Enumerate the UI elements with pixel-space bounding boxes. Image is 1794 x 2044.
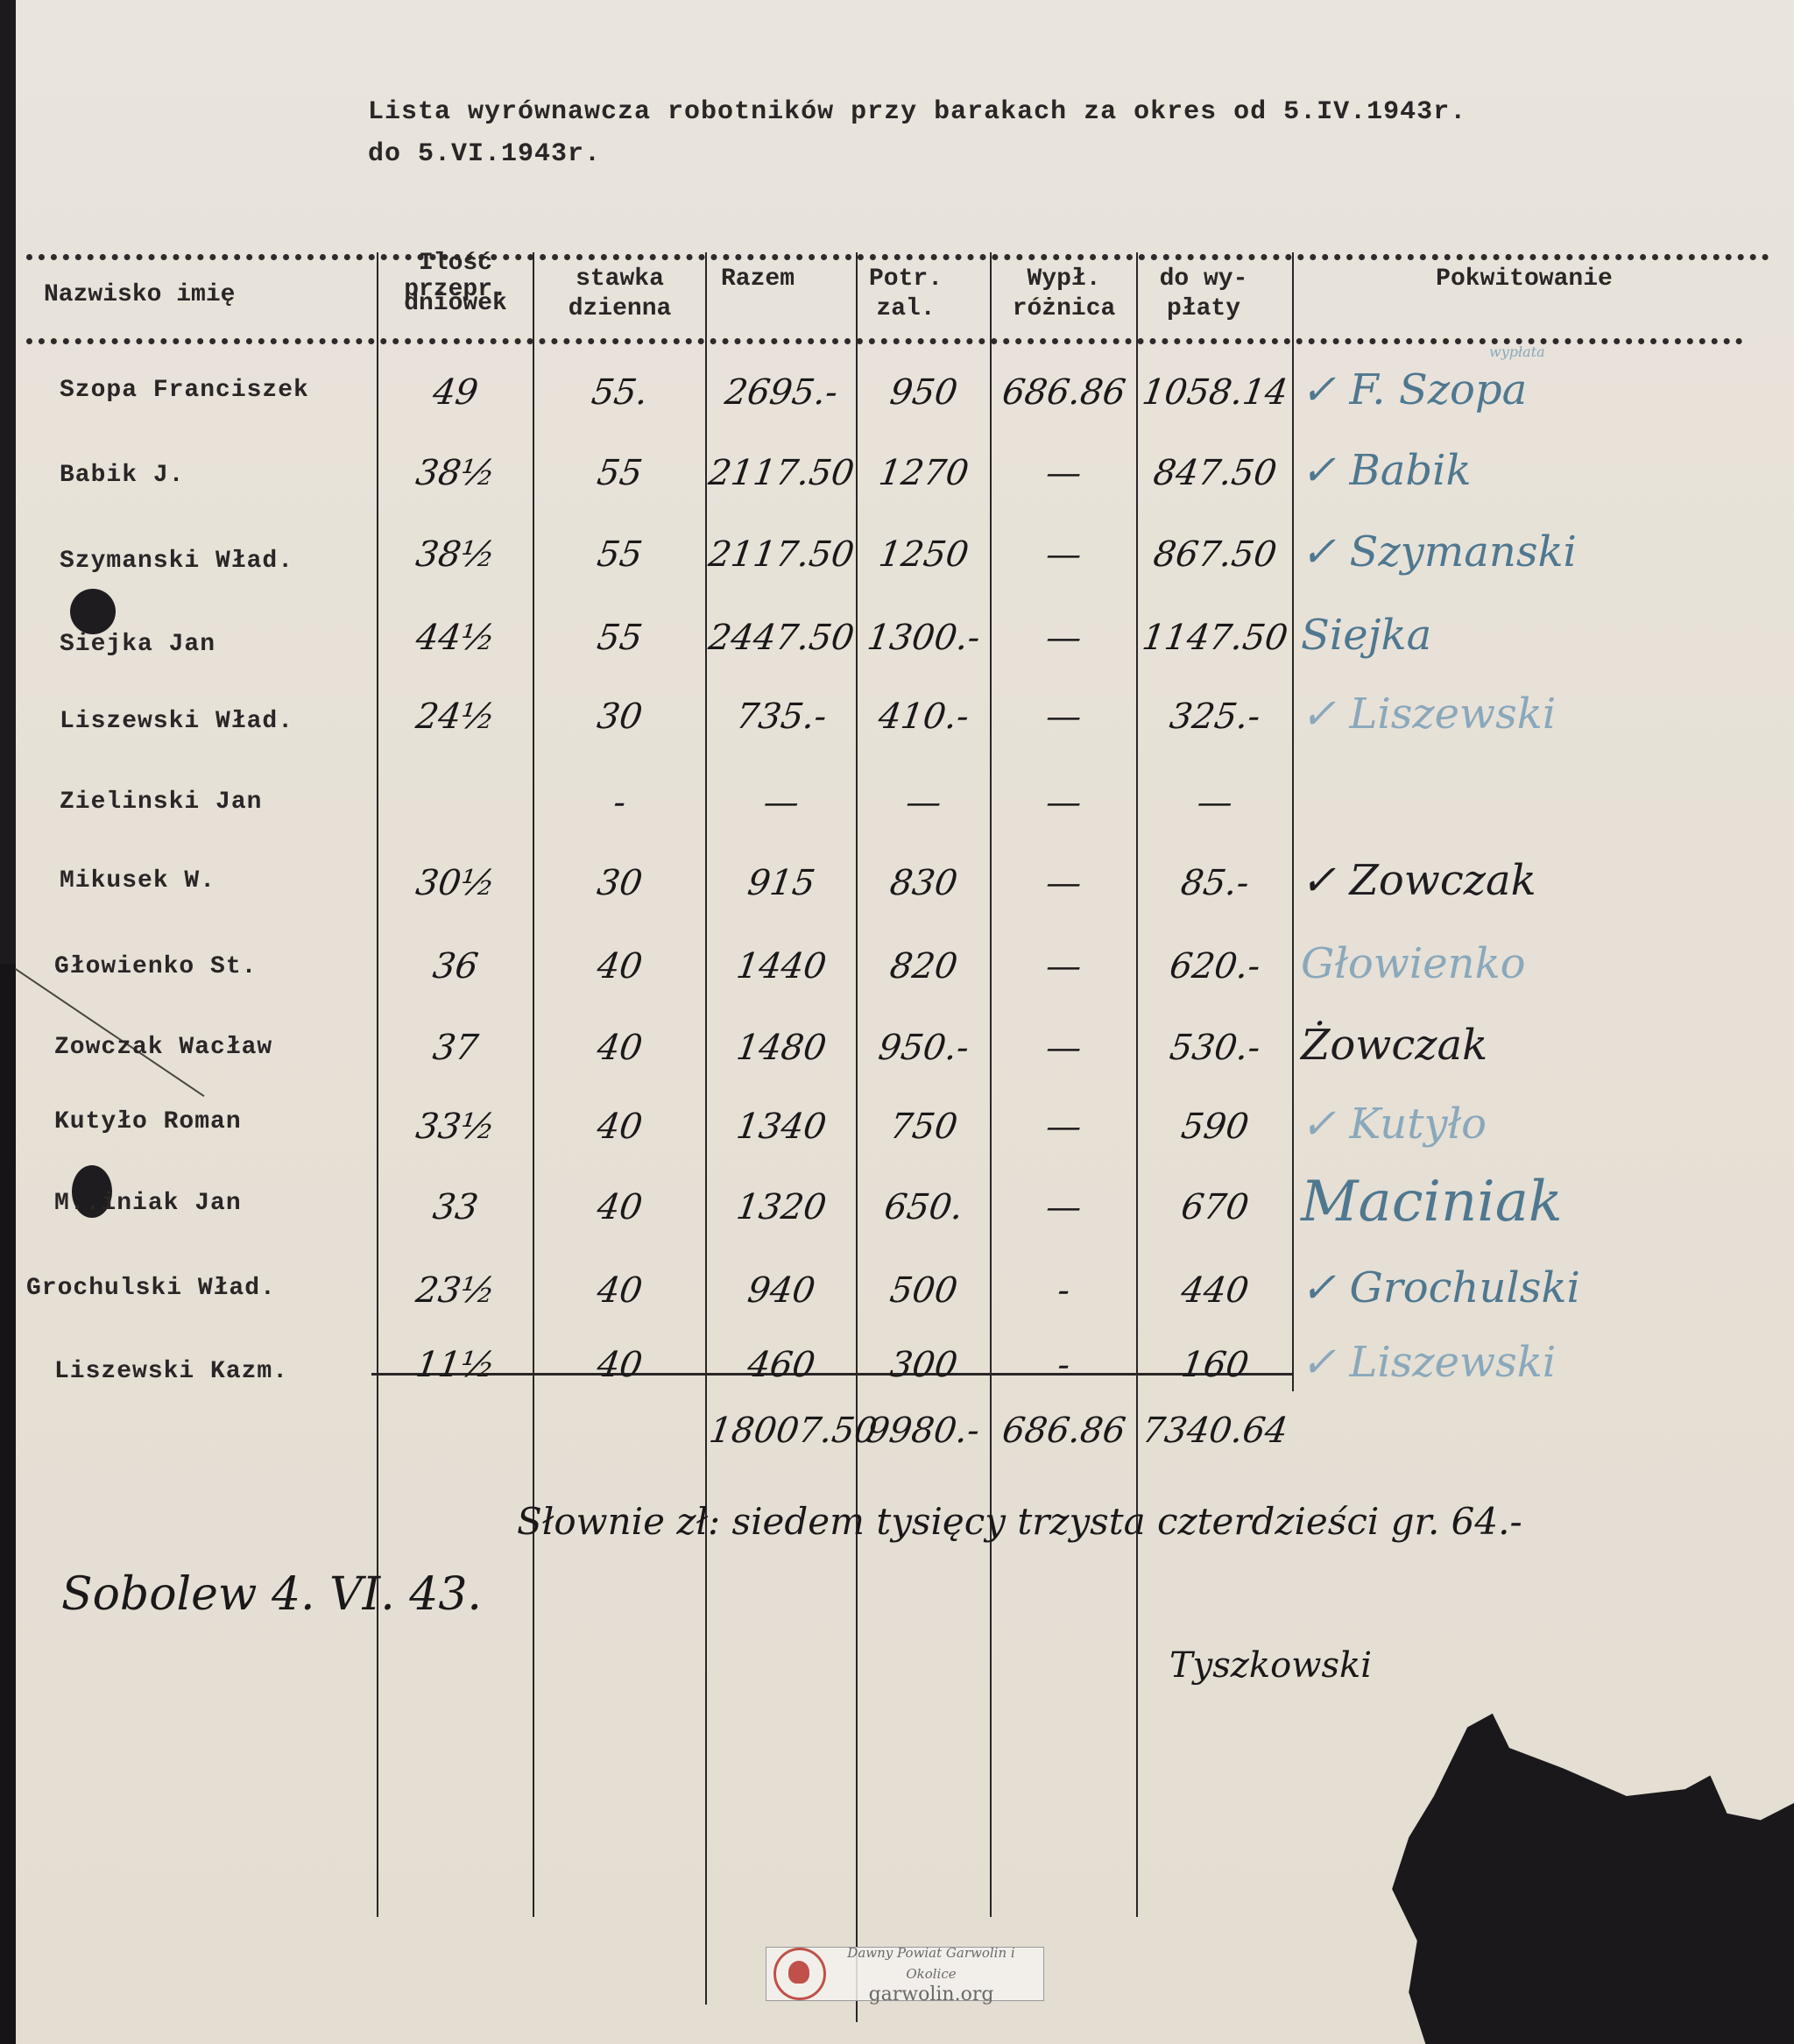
cell-advance: 1300.- [855,618,992,658]
cell-difference: — [989,453,1139,493]
header-name: Nazwisko imię [44,280,333,310]
punch-hole [70,589,116,634]
document-title: Lista wyrównawcza robotników przy baraka… [368,91,1612,175]
header-rate: stawka dzienna [534,265,705,324]
total-payout: 7340.64 [1135,1411,1295,1451]
cell-difference: — [989,1187,1139,1227]
cell-difference: — [989,618,1139,658]
cell-rate: 55 [532,618,708,658]
cell-days: 38½ [376,453,535,493]
scan-edge-shadow [0,964,16,2044]
cell-rate: 30 [532,697,708,737]
cell-rate: 30 [532,863,708,903]
header-payout: do wy- płaty [1138,265,1269,324]
cell-days: 24½ [376,697,535,737]
total-advance: 9980.- [855,1411,992,1451]
cell-total: 1340 [704,1107,858,1147]
cell-advance: 950 [855,372,992,413]
header-top-rule [26,254,1769,260]
worker-name: Liszewski Kazm. [54,1358,288,1385]
worker-name: Babik J. [60,462,184,489]
header-bottom-rule [26,338,1743,344]
receipt-signature: ✓ Liszewski [1301,1338,1556,1387]
header-difference-l1: Wypł. [1027,265,1100,293]
cell-payout: 867.50 [1135,534,1295,575]
receipt-signature: ✓ Kutyło [1301,1100,1487,1149]
cell-difference: — [989,1028,1139,1068]
cell-advance: — [855,782,992,823]
cell-total: — [704,782,858,823]
cell-advance: 1250 [855,534,992,575]
header-advance-l1: Potr. [869,265,943,293]
cell-days: 11½ [376,1345,535,1385]
cell-advance: 650. [855,1187,992,1227]
cell-days: 23½ [376,1270,535,1311]
watermark-text: Dawny Powiat Garwolin i Okolice garwolin… [826,1942,1036,2005]
header-difference-l2: różnica [1013,295,1116,322]
cell-payout: 847.50 [1135,453,1295,493]
worker-name: Kutyło Roman [54,1108,242,1135]
worker-name: M..iniak Jan [54,1190,242,1217]
header-payout-l2: płaty [1167,295,1240,322]
title-line-1: Lista wyrównawcza robotników przy baraka… [368,97,1466,127]
watermark-line-2: garwolin.org [826,1984,1036,2005]
cell-payout: 85.- [1135,863,1295,903]
title-line-2: do 5.VI.1943r. [368,133,1612,175]
cell-advance: 1270 [855,453,992,493]
header-total: Razem [710,265,806,294]
cell-difference: — [989,1107,1139,1147]
receipt-signature: Maciniak [1301,1170,1563,1234]
cell-days: 30½ [376,863,535,903]
cell-payout: 1058.14 [1135,372,1295,413]
receipt-signature: ✓ Szymanski [1301,527,1577,576]
cell-days: 38½ [376,534,535,575]
cell-rate: 40 [532,1028,708,1068]
cell-difference: - [989,1345,1139,1385]
cell-days: 33½ [376,1107,535,1147]
receipt-signature: Żowczak [1301,1021,1487,1070]
watermark-line-1: Dawny Powiat Garwolin i Okolice [826,1942,1036,1984]
cell-payout: 160 [1135,1345,1295,1385]
worker-name: Zowczak Wacław [54,1034,272,1061]
header-days: Ilość przepr. dniówek [378,251,533,329]
cell-difference: 686.86 [989,372,1139,413]
cell-advance: 950.- [855,1028,992,1068]
worker-name: Zielinski Jan [60,789,262,816]
cell-payout: 530.- [1135,1028,1295,1068]
worker-name: Szymanski Wład. [60,548,293,575]
amount-in-words: Słownie zł: siedem tysięcy trzysta czter… [517,1500,1522,1543]
cell-days: 49 [376,372,535,413]
header-payout-l1: do wy- [1160,265,1248,293]
cell-days: 37 [376,1028,535,1068]
cell-payout: 620.- [1135,946,1295,987]
cell-total: 2117.50 [704,534,858,575]
cell-total: 2447.50 [704,618,858,658]
cell-rate: 55. [532,372,708,413]
cell-advance: 830 [855,863,992,903]
seal-logo-icon [773,1948,826,2000]
header-days-l3: dniówek [404,290,507,317]
cell-difference: — [989,782,1139,823]
receipt-signature: ✓ Zowczak [1301,856,1536,905]
cell-advance: 300 [855,1345,992,1385]
cell-payout: 440 [1135,1270,1295,1311]
header-receipt: Pokwitowanie [1296,265,1752,294]
cell-total: 940 [704,1270,858,1311]
small-annotation: wypłata [1489,343,1545,360]
cell-total: 460 [704,1345,858,1385]
receipt-signature: Siejka [1301,611,1431,660]
worker-name: Szopa Franciszek [60,377,309,404]
cell-difference: — [989,534,1139,575]
cell-advance: 750 [855,1107,992,1147]
cell-difference: — [989,863,1139,903]
place-date: Sobolew 4. VI. 43. [61,1568,482,1621]
receipt-signature: ✓ Liszewski [1301,690,1556,739]
header-advance-l2: zal. [876,295,935,322]
header-difference: Wypł. różnica [992,265,1136,324]
cell-total: 1320 [704,1187,858,1227]
worker-name: Liszewski Wład. [60,708,293,735]
cell-rate: 55 [532,453,708,493]
cell-rate: 40 [532,1345,708,1385]
signature: Tyszkowski [1169,1645,1372,1686]
cell-advance: 410.- [855,697,992,737]
header-rate-l1: stawka [576,265,664,293]
total-razem: 18007.50 [707,1411,861,1451]
cell-total: 2117.50 [704,453,858,493]
cell-payout: 1147.50 [1135,618,1295,658]
column-divider [1136,252,1138,1917]
cell-payout: 590 [1135,1107,1295,1147]
cell-total: 2695.- [704,372,858,413]
cell-rate: 40 [532,1187,708,1227]
cell-rate: 55 [532,534,708,575]
worker-name: Głowienko St. [54,953,257,980]
total-difference: 686.86 [989,1411,1139,1451]
cell-days: 44½ [376,618,535,658]
column-divider [533,252,534,1917]
cell-total: 915 [704,863,858,903]
worker-name: Grochulski Wład. [26,1275,276,1302]
cell-rate: 40 [532,1270,708,1311]
cell-advance: 500 [855,1270,992,1311]
worker-name: Siejka Jan [60,631,215,658]
cell-total: 1480 [704,1028,858,1068]
cell-payout: 325.- [1135,697,1295,737]
cell-advance: 820 [855,946,992,987]
cell-difference: — [989,697,1139,737]
header-days-l1: Ilość [419,250,492,277]
cell-rate: 40 [532,1107,708,1147]
receipt-signature: ✓ Grochulski [1301,1263,1580,1312]
cell-days: 33 [376,1187,535,1227]
worker-name: Mikusek W. [60,867,215,895]
cell-payout: — [1135,782,1295,823]
header-advance: Potr. zal. [858,265,954,324]
receipt-signature: ✓ F. Szopa [1301,365,1527,414]
cell-days: 36 [376,946,535,987]
cell-difference: — [989,946,1139,987]
cell-total: 735.- [704,697,858,737]
watermark: Dawny Powiat Garwolin i Okolice garwolin… [766,1947,1044,2001]
column-divider [1292,252,1294,1391]
cell-rate: - [532,782,708,823]
receipt-signature: ✓ Babik [1301,446,1472,495]
receipt-signature: Głowienko [1301,939,1526,988]
cell-total: 1440 [704,946,858,987]
cell-rate: 40 [532,946,708,987]
cell-payout: 670 [1135,1187,1295,1227]
header-rate-l2: dzienna [569,295,672,322]
column-divider [990,252,992,1917]
column-divider [377,252,378,1917]
cell-difference: - [989,1270,1139,1311]
